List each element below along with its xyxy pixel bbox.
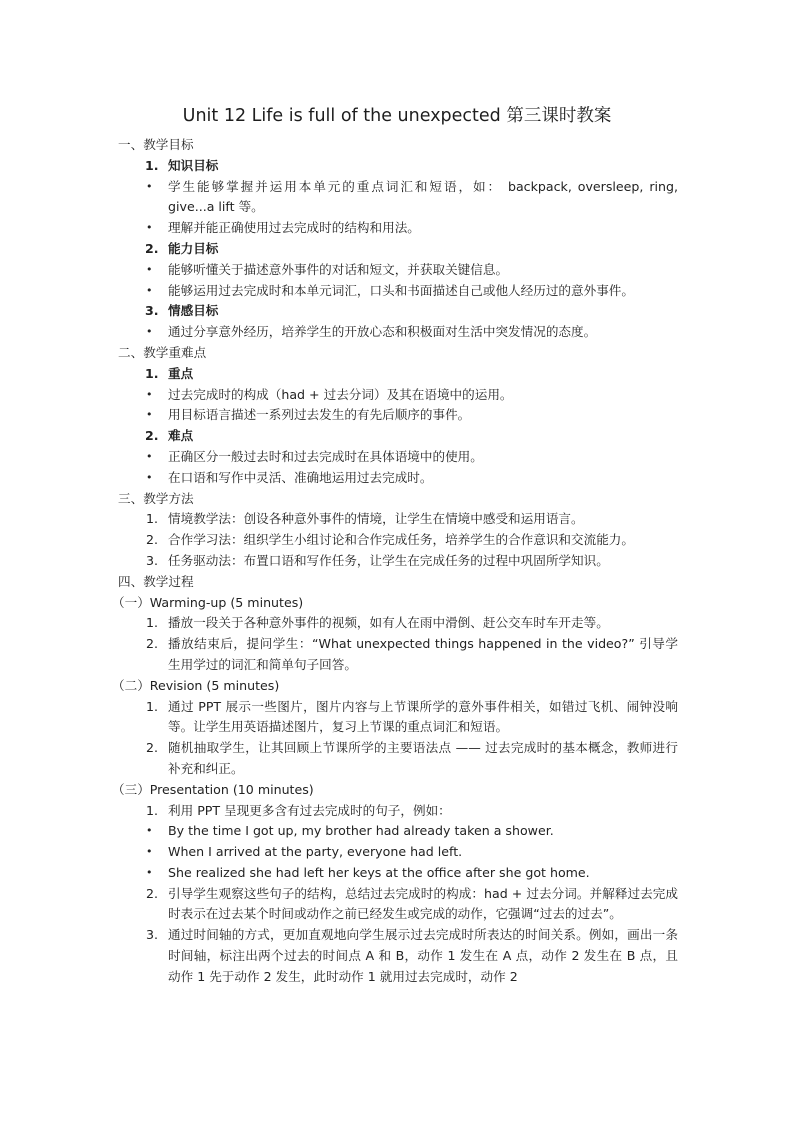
document-body: 一、教学目标 1.知识目标 •学生能够掌握并运用本单元的重点词汇和短语，如： b… xyxy=(118,135,678,988)
list-item: •能够听懂关于描述意外事件的对话和短文，并获取关键信息。 xyxy=(118,260,678,281)
list-marker: 1. xyxy=(146,697,158,718)
list-item-text: When I arrived at the party, everyone ha… xyxy=(168,844,462,859)
list-item: •正确区分一般过去时和过去完成时在具体语境中的使用。 xyxy=(118,447,678,468)
numbered-heading: 1.知识目标 xyxy=(118,156,678,177)
example-sentence: •When I arrived at the party, everyone h… xyxy=(118,842,678,863)
list-item-text: 随机抽取学生，让其回顾上节课所学的主要语法点 —— 过去完成时的基本概念，教师进… xyxy=(168,740,678,776)
list-item: 1.情境教学法：创设各种意外事件的情境，让学生在情境中感受和运用语言。 xyxy=(118,509,678,530)
bullet-icon: • xyxy=(146,322,153,343)
bullet-icon: • xyxy=(146,405,153,426)
list-item-text: 能够听懂关于描述意外事件的对话和短文，并获取关键信息。 xyxy=(168,262,508,277)
example-sentence: •She realized she had left her keys at t… xyxy=(118,863,678,884)
section-heading: 三、教学方法 xyxy=(118,489,678,510)
list-item: •在口语和写作中灵活、准确地运用过去完成时。 xyxy=(118,468,678,489)
list-item: 1.通过 PPT 展示一些图片，图片内容与上节课所学的意外事件相关，如错过飞机、… xyxy=(118,697,678,739)
bullet-icon: • xyxy=(146,218,153,239)
section-teaching-process: 四、教学过程 （一）Warming-up (5 minutes) 1.播放一段关… xyxy=(118,572,678,988)
list-item-text: 学生能够掌握并运用本单元的重点词汇和短语，如： backpack, oversl… xyxy=(168,179,678,215)
list-item: 2.播放结束后，提问学生：“What unexpected things hap… xyxy=(118,634,678,676)
list-item-text: 播放一段关于各种意外事件的视频，如有人在雨中滑倒、赶公交车时车开走等。 xyxy=(168,615,609,630)
list-item: •通过分享意外经历，培养学生的开放心态和积极面对生活中突发情况的态度。 xyxy=(118,322,678,343)
list-item-text: 重点 xyxy=(168,366,193,381)
list-item: 3.任务驱动法：布置口语和写作任务，让学生在完成任务的过程中巩固所学知识。 xyxy=(118,551,678,572)
list-item: •用目标语言描述一系列过去发生的有先后顺序的事件。 xyxy=(118,405,678,426)
numbered-heading: 3.情感目标 xyxy=(118,301,678,322)
numbered-heading: 1.重点 xyxy=(118,364,678,385)
list-item-text: 正确区分一般过去时和过去完成时在具体语境中的使用。 xyxy=(168,449,483,464)
list-item-text: 引导学生观察这些句子的结构，总结过去完成时的构成：had + 过去分词。并解释过… xyxy=(168,886,678,922)
section-key-difficult-points: 二、教学重难点 1.重点 •过去完成时的构成（had + 过去分词）及其在语境中… xyxy=(118,343,678,489)
list-item: 1.利用 PPT 呈现更多含有过去完成时的句子，例如： xyxy=(118,801,678,822)
subsection-heading-presentation: （三）Presentation (10 minutes) xyxy=(112,780,678,801)
list-item-text: 情感目标 xyxy=(168,303,218,318)
list-item: 1.播放一段关于各种意外事件的视频，如有人在雨中滑倒、赶公交车时车开走等。 xyxy=(118,613,678,634)
section-teaching-goals: 一、教学目标 1.知识目标 •学生能够掌握并运用本单元的重点词汇和短语，如： b… xyxy=(118,135,678,343)
section-heading: 一、教学目标 xyxy=(118,135,678,156)
list-marker: 3. xyxy=(146,551,158,572)
document-title: Unit 12 Life is full of the unexpected 第… xyxy=(0,102,794,127)
bullet-icon: • xyxy=(146,821,153,842)
list-marker: 2. xyxy=(146,530,158,551)
list-marker: 2. xyxy=(146,884,158,905)
example-sentence: •By the time I got up, my brother had al… xyxy=(118,821,678,842)
bullet-icon: • xyxy=(146,177,153,198)
bullet-icon: • xyxy=(146,281,153,302)
document-page: Unit 12 Life is full of the unexpected 第… xyxy=(0,0,794,1123)
list-item: •学生能够掌握并运用本单元的重点词汇和短语，如： backpack, overs… xyxy=(118,177,678,219)
list-item-text: 在口语和写作中灵活、准确地运用过去完成时。 xyxy=(168,470,432,485)
bullet-icon: • xyxy=(146,260,153,281)
list-item: •理解并能正确使用过去完成时的结构和用法。 xyxy=(118,218,678,239)
list-item-text: By the time I got up, my brother had alr… xyxy=(168,823,554,838)
list-item: 2.合作学习法：组织学生小组讨论和合作完成任务，培养学生的合作意识和交流能力。 xyxy=(118,530,678,551)
bullet-icon: • xyxy=(146,385,153,406)
list-marker: 1. xyxy=(146,509,158,530)
numbered-heading: 2.能力目标 xyxy=(118,239,678,260)
numbered-heading: 2.难点 xyxy=(118,426,678,447)
list-item-text: 能力目标 xyxy=(168,241,218,256)
list-item-text: 理解并能正确使用过去完成时的结构和用法。 xyxy=(168,220,420,235)
list-item-text: 任务驱动法：布置口语和写作任务，让学生在完成任务的过程中巩固所学知识。 xyxy=(168,553,609,568)
list-marker: 2. xyxy=(145,239,159,260)
list-item-text: 情境教学法：创设各种意外事件的情境，让学生在情境中感受和运用语言。 xyxy=(168,511,584,526)
list-marker: 1. xyxy=(146,801,158,822)
list-marker: 1. xyxy=(145,364,159,385)
list-item-text: 通过时间轴的方式，更加直观地向学生展示过去完成时所表达的时间关系。例如，画出一条… xyxy=(168,927,678,984)
list-item-text: 通过分享意外经历，培养学生的开放心态和积极面对生活中突发情况的态度。 xyxy=(168,324,596,339)
list-item-text: 过去完成时的构成（had + 过去分词）及其在语境中的运用。 xyxy=(168,387,513,402)
list-item: 2.随机抽取学生，让其回顾上节课所学的主要语法点 —— 过去完成时的基本概念，教… xyxy=(118,738,678,780)
bullet-icon: • xyxy=(146,447,153,468)
section-heading: 二、教学重难点 xyxy=(118,343,678,364)
list-item-text: 能够运用过去完成时和本单元词汇，口头和书面描述自己或他人经历过的意外事件。 xyxy=(168,283,634,298)
list-marker: 2. xyxy=(145,426,159,447)
list-item-text: 播放结束后，提问学生：“What unexpected things happe… xyxy=(168,636,678,672)
list-item-text: 通过 PPT 展示一些图片，图片内容与上节课所学的意外事件相关，如错过飞机、闹钟… xyxy=(168,699,678,735)
list-item-text: 用目标语言描述一系列过去发生的有先后顺序的事件。 xyxy=(168,407,470,422)
list-marker: 3. xyxy=(145,301,159,322)
list-item: 2.引导学生观察这些句子的结构，总结过去完成时的构成：had + 过去分词。并解… xyxy=(118,884,678,926)
list-marker: 2. xyxy=(146,634,158,655)
list-item-text: 知识目标 xyxy=(168,158,218,173)
list-marker: 2. xyxy=(146,738,158,759)
list-item-text: She realized she had left her keys at th… xyxy=(168,865,590,880)
list-marker: 1. xyxy=(145,156,159,177)
bullet-icon: • xyxy=(146,863,153,884)
bullet-icon: • xyxy=(146,842,153,863)
list-item: •过去完成时的构成（had + 过去分词）及其在语境中的运用。 xyxy=(118,385,678,406)
section-heading: 四、教学过程 xyxy=(118,572,678,593)
list-marker: 3. xyxy=(146,925,158,946)
bullet-icon: • xyxy=(146,468,153,489)
list-item: 3.通过时间轴的方式，更加直观地向学生展示过去完成时所表达的时间关系。例如，画出… xyxy=(118,925,678,987)
list-marker: 1. xyxy=(146,613,158,634)
list-item: •能够运用过去完成时和本单元词汇，口头和书面描述自己或他人经历过的意外事件。 xyxy=(118,281,678,302)
section-teaching-methods: 三、教学方法 1.情境教学法：创设各种意外事件的情境，让学生在情境中感受和运用语… xyxy=(118,489,678,572)
list-item-text: 难点 xyxy=(168,428,193,443)
subsection-heading-warming-up: （一）Warming-up (5 minutes) xyxy=(112,593,678,614)
list-item-text: 合作学习法：组织学生小组讨论和合作完成任务，培养学生的合作意识和交流能力。 xyxy=(168,532,634,547)
subsection-heading-revision: （二）Revision (5 minutes) xyxy=(112,676,678,697)
list-item-text: 利用 PPT 呈现更多含有过去完成时的句子，例如： xyxy=(168,803,451,818)
